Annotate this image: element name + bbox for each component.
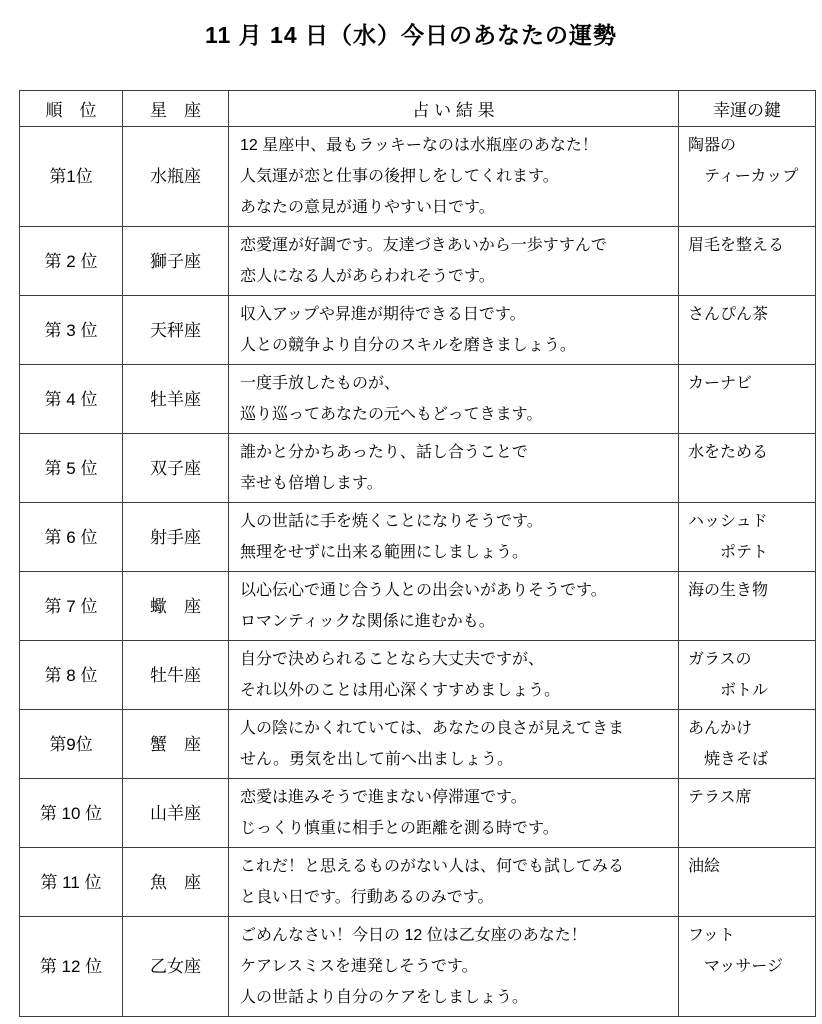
result-cell: 収入アップや昇進が期待できる日です。人との競争より自分のスキルを磨きましょう。 [229,296,679,365]
header-lucky-key: 幸運の鍵 [679,91,816,127]
table-row: 第 2 位獅子座恋愛運が好調です。友達づきあいから一歩すすんで恋人になる人があら… [20,227,816,296]
text-line: 幸せも倍増します。 [240,468,672,499]
table-row: 第9位蟹 座人の陰にかくれていては、あなたの良さが見えてきません。勇気を出して前… [20,710,816,779]
lucky-key-cell: あんかけ 焼きそば [679,710,816,779]
text-line: 人気運が恋と仕事の後押しをしてくれます。 [240,161,672,192]
table-row: 第 6 位射手座人の世話に手を焼くことになりそうです。無理をせずに出来る範囲にし… [20,503,816,572]
result-cell: 人の陰にかくれていては、あなたの良さが見えてきません。勇気を出して前へ出ましょう… [229,710,679,779]
text-line: 第 8 位 [20,660,122,691]
lucky-key-cell: さんぴん茶 [679,296,816,365]
result-cell: ごめんなさい！今日の 12 位は乙女座のあなた！ケアレスミスを連発しそうです。人… [229,917,679,1017]
text-line: 第 2 位 [20,246,122,277]
text-line: ごめんなさい！今日の 12 位は乙女座のあなた！ [240,920,672,951]
text-line: ポテト [688,537,809,568]
text-line: 第 11 位 [20,867,122,898]
text-line: 以心伝心で通じ合う人との出会いがありそうです。 [240,575,672,606]
rank-cell: 第 6 位 [20,503,123,572]
text-line: ケアレスミスを連発しそうです。 [240,951,672,982]
table-row: 第 8 位牡牛座自分で決められることなら大丈夫ですが、それ以外のことは用心深くす… [20,641,816,710]
text-line: 牡羊座 [123,384,228,415]
text-line: 第 4 位 [20,384,122,415]
text-line: あなたの意見が通りやすい日です。 [240,192,672,223]
lucky-key-cell: テラス席 [679,779,816,848]
text-line: 水をためる [688,437,809,468]
text-line: 獅子座 [123,246,228,277]
table-header-row: 順 位 星 座 占 い 結 果 幸運の鍵 [20,91,816,127]
text-line: 水瓶座 [123,161,228,192]
text-line: 陶器の [688,130,809,161]
text-line: 恋愛運が好調です。友達づきあいから一歩すすんで [240,230,672,261]
text-line: 焼きそば [688,744,809,775]
rank-cell: 第 10 位 [20,779,123,848]
result-cell: 12 星座中、最もラッキーなのは水瓶座のあなた！人気運が恋と仕事の後押しをしてく… [229,127,679,227]
text-line: 第 10 位 [20,798,122,829]
result-cell: 誰かと分かちあったり、話し合うことで幸せも倍増します。 [229,434,679,503]
rank-cell: 第9位 [20,710,123,779]
text-line: マッサージ [688,951,809,982]
table-row: 第1位水瓶座12 星座中、最もラッキーなのは水瓶座のあなた！人気運が恋と仕事の後… [20,127,816,227]
text-line: 人との競争より自分のスキルを磨きましょう。 [240,330,672,361]
header-rank: 順 位 [20,91,123,127]
rank-cell: 第 8 位 [20,641,123,710]
lucky-key-cell: 眉毛を整える [679,227,816,296]
table-row: 第 5 位双子座誰かと分かちあったり、話し合うことで幸せも倍増します。水をためる [20,434,816,503]
text-line: 第 5 位 [20,453,122,484]
lucky-key-cell: 水をためる [679,434,816,503]
result-cell: 一度手放したものが、巡り巡ってあなたの元へもどってきます。 [229,365,679,434]
text-line: 牡牛座 [123,660,228,691]
text-line: 第 7 位 [20,591,122,622]
text-line: 収入アップや昇進が期待できる日です。 [240,299,672,330]
lucky-key-cell: ハッシュド ポテト [679,503,816,572]
lucky-key-cell: ガラスの ボトル [679,641,816,710]
sign-cell: 双子座 [123,434,229,503]
sign-cell: 牡牛座 [123,641,229,710]
lucky-key-cell: 油絵 [679,848,816,917]
fortune-table-body: 第1位水瓶座12 星座中、最もラッキーなのは水瓶座のあなた！人気運が恋と仕事の後… [20,127,816,1017]
text-line: 射手座 [123,522,228,553]
text-line: 人の世話に手を焼くことになりそうです。 [240,506,672,537]
result-cell: これだ！と思えるものがない人は、何でも試してみると良い日です。行動あるのみです。 [229,848,679,917]
sign-cell: 射手座 [123,503,229,572]
sign-cell: 蟹 座 [123,710,229,779]
sign-cell: 蠍 座 [123,572,229,641]
text-line: これだ！と思えるものがない人は、何でも試してみる [240,851,672,882]
text-line: 誰かと分かちあったり、話し合うことで [240,437,672,468]
text-line: じっくり慎重に相手との距離を測る時です。 [240,813,672,844]
sign-cell: 魚 座 [123,848,229,917]
text-line: 蠍 座 [123,591,228,622]
sign-cell: 牡羊座 [123,365,229,434]
text-line: さんぴん茶 [688,299,809,330]
sign-cell: 乙女座 [123,917,229,1017]
result-cell: 恋愛運が好調です。友達づきあいから一歩すすんで恋人になる人があらわれそうです。 [229,227,679,296]
table-row: 第 10 位山羊座恋愛は進みそうで進まない停滞運です。じっくり慎重に相手との距離… [20,779,816,848]
text-line: 双子座 [123,453,228,484]
text-line: 眉毛を整える [688,230,809,261]
table-row: 第 11 位魚 座これだ！と思えるものがない人は、何でも試してみると良い日です。… [20,848,816,917]
sign-cell: 天秤座 [123,296,229,365]
page: 11 月 14 日（水）今日のあなたの運勢 順 位 星 座 占 い 結 果 幸運… [0,0,822,1024]
result-cell: 自分で決められることなら大丈夫ですが、それ以外のことは用心深くすすめましょう。 [229,641,679,710]
lucky-key-cell: 海の生き物 [679,572,816,641]
text-line: 乙女座 [123,951,228,982]
text-line: ロマンティックな関係に進むかも。 [240,606,672,637]
text-line: それ以外のことは用心深くすすめましょう。 [240,675,672,706]
text-line: あんかけ [688,713,809,744]
rank-cell: 第 4 位 [20,365,123,434]
text-line: 12 星座中、最もラッキーなのは水瓶座のあなた！ [240,130,672,161]
text-line: ティーカップ [688,161,809,192]
text-line: 無理をせずに出来る範囲にしましょう。 [240,537,672,568]
text-line: と良い日です。行動あるのみです。 [240,882,672,913]
text-line: 恋人になる人があらわれそうです。 [240,261,672,292]
table-row: 第 4 位牡羊座一度手放したものが、巡り巡ってあなたの元へもどってきます。カーナ… [20,365,816,434]
text-line: 第 12 位 [20,951,122,982]
text-line: ボトル [688,675,809,706]
lucky-key-cell: カーナビ [679,365,816,434]
text-line: 恋愛は進みそうで進まない停滞運です。 [240,782,672,813]
text-line: せん。勇気を出して前へ出ましょう。 [240,744,672,775]
result-cell: 人の世話に手を焼くことになりそうです。無理をせずに出来る範囲にしましょう。 [229,503,679,572]
text-line: 海の生き物 [688,575,809,606]
text-line: 蟹 座 [123,729,228,760]
fortune-table: 順 位 星 座 占 い 結 果 幸運の鍵 第1位水瓶座12 星座中、最もラッキー… [19,90,816,1017]
text-line: ハッシュド [688,506,809,537]
table-row: 第 12 位乙女座ごめんなさい！今日の 12 位は乙女座のあなた！ケアレスミスを… [20,917,816,1017]
table-row: 第 7 位蠍 座以心伝心で通じ合う人との出会いがありそうです。ロマンティックな関… [20,572,816,641]
header-sign: 星 座 [123,91,229,127]
text-line: 人の陰にかくれていては、あなたの良さが見えてきま [240,713,672,744]
text-line: 第1位 [20,161,122,192]
lucky-key-cell: フット マッサージ [679,917,816,1017]
lucky-key-cell: 陶器の ティーカップ [679,127,816,227]
sign-cell: 水瓶座 [123,127,229,227]
rank-cell: 第 7 位 [20,572,123,641]
rank-cell: 第 3 位 [20,296,123,365]
rank-cell: 第 11 位 [20,848,123,917]
rank-cell: 第 2 位 [20,227,123,296]
text-line: 山羊座 [123,798,228,829]
sign-cell: 獅子座 [123,227,229,296]
page-title: 11 月 14 日（水）今日のあなたの運勢 [0,0,822,50]
result-cell: 恋愛は進みそうで進まない停滞運です。じっくり慎重に相手との距離を測る時です。 [229,779,679,848]
text-line: 一度手放したものが、 [240,368,672,399]
text-line: 第 3 位 [20,315,122,346]
result-cell: 以心伝心で通じ合う人との出会いがありそうです。ロマンティックな関係に進むかも。 [229,572,679,641]
text-line: 魚 座 [123,867,228,898]
text-line: テラス席 [688,782,809,813]
rank-cell: 第1位 [20,127,123,227]
text-line: 第 6 位 [20,522,122,553]
sign-cell: 山羊座 [123,779,229,848]
header-result: 占 い 結 果 [229,91,679,127]
text-line: 天秤座 [123,315,228,346]
text-line: 巡り巡ってあなたの元へもどってきます。 [240,399,672,430]
rank-cell: 第 12 位 [20,917,123,1017]
text-line: カーナビ [688,368,809,399]
text-line: 油絵 [688,851,809,882]
text-line: 第9位 [20,729,122,760]
rank-cell: 第 5 位 [20,434,123,503]
text-line: ガラスの [688,644,809,675]
text-line: フット [688,920,809,951]
text-line: 自分で決められることなら大丈夫ですが、 [240,644,672,675]
table-row: 第 3 位天秤座収入アップや昇進が期待できる日です。人との競争より自分のスキルを… [20,296,816,365]
text-line: 人の世話より自分のケアをしましょう。 [240,982,672,1013]
